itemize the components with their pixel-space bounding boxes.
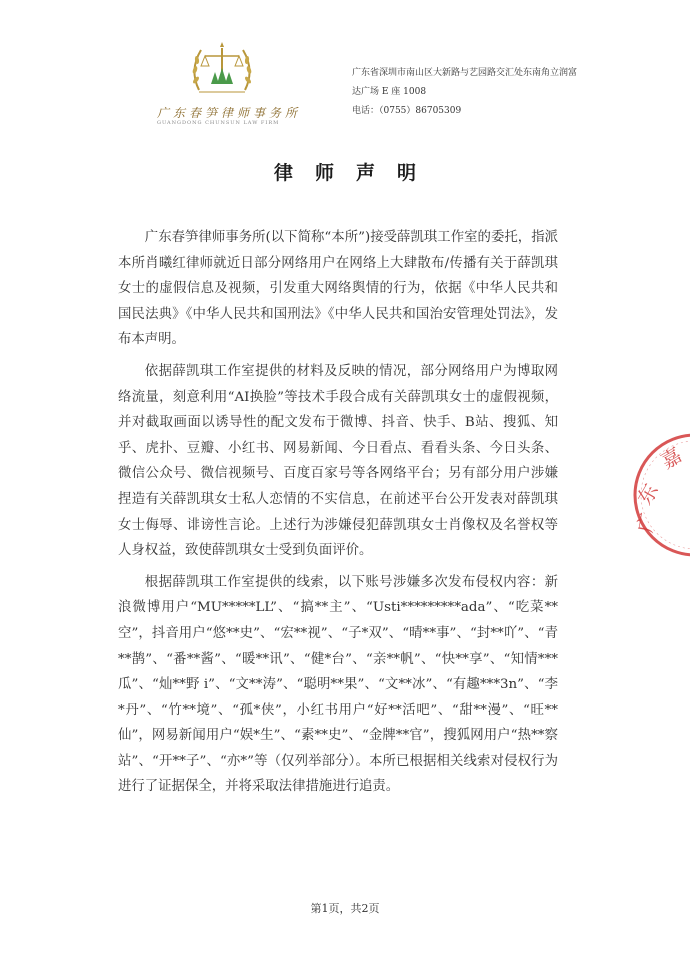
document-body: 广东春笋律师事务所(以下简称“本所”)接受薛凯琪工作室的委托，指派本所肖曦红律师…: [118, 225, 558, 806]
paragraph-intro: 广东春笋律师事务所(以下简称“本所”)接受薛凯琪工作室的委托，指派本所肖曦红律师…: [118, 225, 558, 353]
page-indicator: 第1页，共2页: [0, 900, 690, 916]
firm-logo: 广东春笋律师事务所 GUANGDONG CHUNSUN LAW FIRM: [155, 40, 355, 130]
svg-text:广: 广: [633, 511, 660, 535]
firm-name-en: GUANGDONG CHUNSUN LAW FIRM: [157, 120, 279, 126]
paragraph-accounts: 根据薛凯琪工作室提供的线索，以下账号涉嫌多次发布侵权内容：新浪微博用户“MU**…: [118, 570, 558, 800]
paragraph-facts: 依据薛凯琪工作室提供的材料及反映的情况，部分网络用户为博取网络流量，刻意利用“A…: [118, 359, 558, 564]
phone-line: 电话：（0755）86705309: [352, 102, 652, 121]
official-seal: 东 广 嘉: [630, 430, 690, 560]
firm-name-cn: 广东春笋律师事务所: [157, 104, 301, 121]
address-line-2: 达广场 E 座 1008: [352, 83, 652, 102]
document-title: 律师声明: [0, 158, 690, 185]
red-seal-stamp-icon: 东 广 嘉: [630, 430, 690, 560]
scales-of-justice-laurel-icon: [187, 40, 257, 102]
address-line-1: 广东省深圳市南山区大新路与艺园路交汇处东南角立润富: [352, 64, 652, 83]
firm-address-block: 广东省深圳市南山区大新路与艺园路交汇处东南角立润富 达广场 E 座 1008 电…: [352, 64, 652, 121]
